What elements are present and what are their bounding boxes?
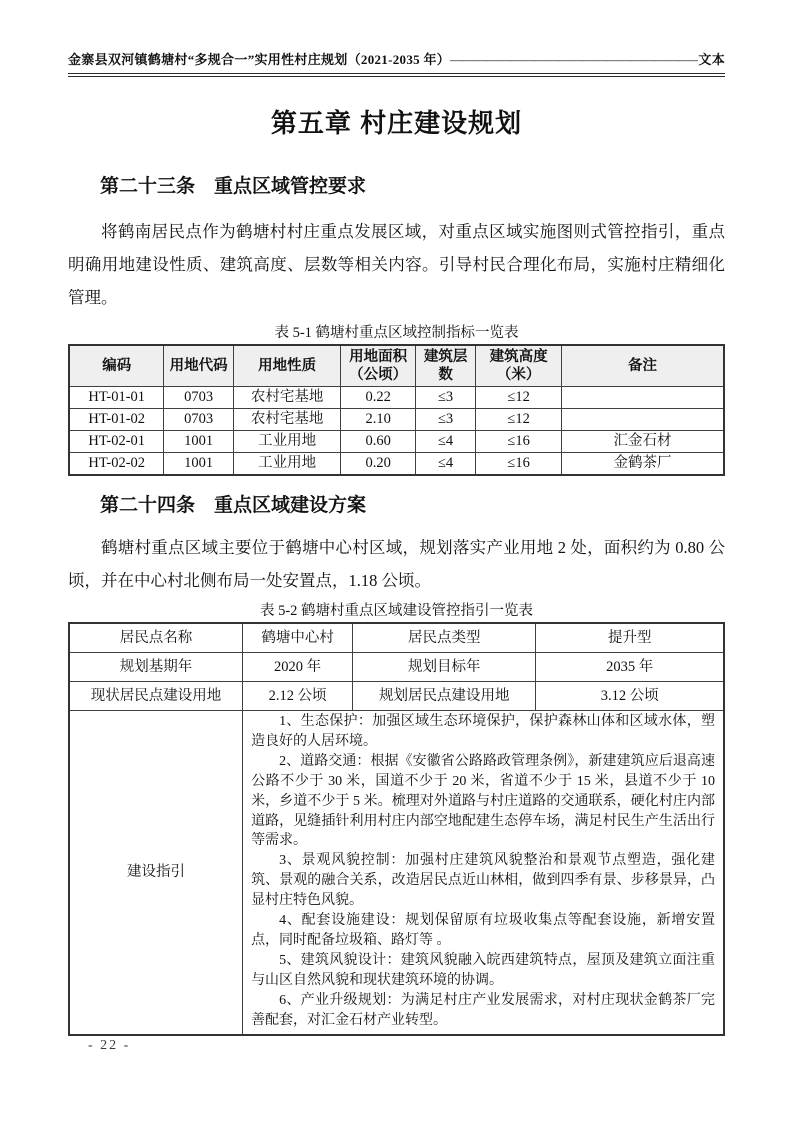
table1-row: HT-02-01 1001 工业用地 0.60 ≤4 ≤16 汇金石材 bbox=[69, 431, 724, 453]
chapter-title: 第五章 村庄建设规划 bbox=[68, 105, 725, 141]
table2-label: 居民点名称 bbox=[69, 623, 243, 653]
guide-row-label: 建设指引 bbox=[69, 711, 243, 1035]
table1-cell: 0703 bbox=[164, 387, 233, 409]
table2-guide-row: 建设指引 1、生态保护：加强区域生态环境保护，保护森林山体和区域水体，塑造良好的… bbox=[69, 711, 724, 1035]
table1-cell: 1001 bbox=[164, 431, 233, 453]
table1-cell: 工业用地 bbox=[233, 431, 340, 453]
section-24-paragraph: 鹤塘村重点区域主要位于鹤塘中心村区域，规划落实产业用地 2 处，面积约为 0.8… bbox=[68, 531, 725, 597]
guide-item: 6、产业升级规划：为满足村庄产业发展需求，对村庄现状金鹤茶厂完善配套，对汇金石材… bbox=[251, 991, 715, 1031]
table1-cell: 金鹤茶厂 bbox=[562, 453, 725, 476]
table1-cell: HT-02-02 bbox=[69, 453, 164, 476]
table1-header-code: 编码 bbox=[69, 345, 164, 387]
table2-value: 2035 年 bbox=[536, 653, 724, 682]
table2-label: 现状居民点建设用地 bbox=[69, 682, 243, 711]
table1-cell: 1001 bbox=[164, 453, 233, 476]
guide-row-content: 1、生态保护：加强区域生态环境保护，保护森林山体和区域水体，塑造良好的人居环境。… bbox=[243, 711, 724, 1035]
guide-item: 2、道路交通：根据《安徽省公路路政管理条例》，新建建筑应后退高速公路不少于 30… bbox=[251, 752, 715, 852]
guide-item: 5、建筑风貌设计：建筑风貌融入皖西建筑特点，屋顶及建筑立面注重与山区自然风貌和现… bbox=[251, 951, 715, 991]
table1-cell: ≤16 bbox=[476, 453, 562, 476]
table1-cell: ≤16 bbox=[476, 431, 562, 453]
table2-value: 提升型 bbox=[536, 623, 724, 653]
table2-value: 2.12 公顷 bbox=[243, 682, 353, 711]
table2-info-row: 居民点名称 鹤塘中心村 居民点类型 提升型 bbox=[69, 623, 724, 653]
table2-label: 居民点类型 bbox=[353, 623, 536, 653]
table1-row: HT-02-02 1001 工业用地 0.20 ≤4 ≤16 金鹤茶厂 bbox=[69, 453, 724, 476]
document-page: 金寨县双河镇鹤塘村“多规合一”实用性村庄规划（2021-2035 年） ————… bbox=[0, 0, 793, 1122]
guide-item: 3、景观风貌控制：加强村庄建筑风貌整治和景观节点塑造，强化建筑、景观的融合关系，… bbox=[251, 851, 715, 911]
table1-cell: ≤4 bbox=[415, 431, 475, 453]
table1-header-floors: 建筑层数 bbox=[415, 345, 475, 387]
table-5-2: 居民点名称 鹤塘中心村 居民点类型 提升型 规划基期年 2020 年 规划目标年… bbox=[68, 622, 725, 1036]
table1-cell: 0.20 bbox=[341, 453, 416, 476]
table1-cell: HT-01-02 bbox=[69, 409, 164, 431]
header-doc-type: 文本 bbox=[698, 50, 725, 70]
table1-header-area: 用地面积 （公顷） bbox=[341, 345, 416, 387]
table1-cell: ≤4 bbox=[415, 453, 475, 476]
table2-info-row: 现状居民点建设用地 2.12 公顷 规划居民点建设用地 3.12 公顷 bbox=[69, 682, 724, 711]
table2-label: 规划基期年 bbox=[69, 653, 243, 682]
table1-cell bbox=[562, 387, 725, 409]
section-23-paragraph: 将鹤南居民点作为鹤塘村村庄重点发展区域，对重点区域实施图则式管控指引，重点明确用… bbox=[68, 215, 725, 314]
table1-header-landuse-type: 用地性质 bbox=[233, 345, 340, 387]
table2-label: 规划目标年 bbox=[353, 653, 536, 682]
running-header: 金寨县双河镇鹤塘村“多规合一”实用性村庄规划（2021-2035 年） ————… bbox=[68, 50, 725, 77]
table1-cell: ≤12 bbox=[476, 409, 562, 431]
table1-cell: ≤3 bbox=[415, 409, 475, 431]
section-24-heading: 第二十四条 重点区域建设方案 bbox=[68, 492, 725, 519]
table1-cell bbox=[562, 409, 725, 431]
table1-cell: 农村宅基地 bbox=[233, 387, 340, 409]
table1-cell: 农村宅基地 bbox=[233, 409, 340, 431]
table2-value: 3.12 公顷 bbox=[536, 682, 724, 711]
table-5-1: 编码 用地代码 用地性质 用地面积 （公顷） 建筑层数 建筑高度 （米） 备注 … bbox=[68, 344, 725, 476]
table1-cell: 0703 bbox=[164, 409, 233, 431]
table2-value: 2020 年 bbox=[243, 653, 353, 682]
table1-cell: ≤3 bbox=[415, 387, 475, 409]
table1-cell: ≤12 bbox=[476, 387, 562, 409]
table-5-1-caption: 表 5-1 鹤塘村重点区域控制指标一览表 bbox=[68, 323, 725, 343]
table1-cell: HT-02-01 bbox=[69, 431, 164, 453]
header-title: 金寨县双河镇鹤塘村“多规合一”实用性村庄规划（2021-2035 年） bbox=[68, 50, 450, 70]
table1-cell: 汇金石材 bbox=[562, 431, 725, 453]
table2-value: 鹤塘中心村 bbox=[243, 623, 353, 653]
table-5-2-caption: 表 5-2 鹤塘村重点区域建设管控指引一览表 bbox=[68, 601, 725, 621]
table1-row: HT-01-01 0703 农村宅基地 0.22 ≤3 ≤12 bbox=[69, 387, 724, 409]
table1-row: HT-01-02 0703 农村宅基地 2.10 ≤3 ≤12 bbox=[69, 409, 724, 431]
table1-cell: 2.10 bbox=[341, 409, 416, 431]
table1-header-remark: 备注 bbox=[562, 345, 725, 387]
table1-cell: 工业用地 bbox=[233, 453, 340, 476]
header-dash-line: ———————————————————————————————— bbox=[450, 50, 698, 70]
section-23-heading: 第二十三条 重点区域管控要求 bbox=[68, 173, 725, 200]
table2-label: 规划居民点建设用地 bbox=[353, 682, 536, 711]
table1-header-height: 建筑高度 （米） bbox=[476, 345, 562, 387]
guide-item: 4、配套设施建设：规划保留原有垃圾收集点等配套设施，新增安置点，同时配备垃圾箱、… bbox=[251, 911, 715, 951]
table1-cell: HT-01-01 bbox=[69, 387, 164, 409]
table2-info-row: 规划基期年 2020 年 规划目标年 2035 年 bbox=[69, 653, 724, 682]
table1-header-row: 编码 用地代码 用地性质 用地面积 （公顷） 建筑层数 建筑高度 （米） 备注 bbox=[69, 345, 724, 387]
table1-cell: 0.22 bbox=[341, 387, 416, 409]
table1-header-landuse-code: 用地代码 bbox=[164, 345, 233, 387]
guide-item: 1、生态保护：加强区域生态环境保护，保护森林山体和区域水体，塑造良好的人居环境。 bbox=[251, 712, 715, 752]
table1-cell: 0.60 bbox=[341, 431, 416, 453]
page-number: - 22 - bbox=[88, 1038, 130, 1054]
